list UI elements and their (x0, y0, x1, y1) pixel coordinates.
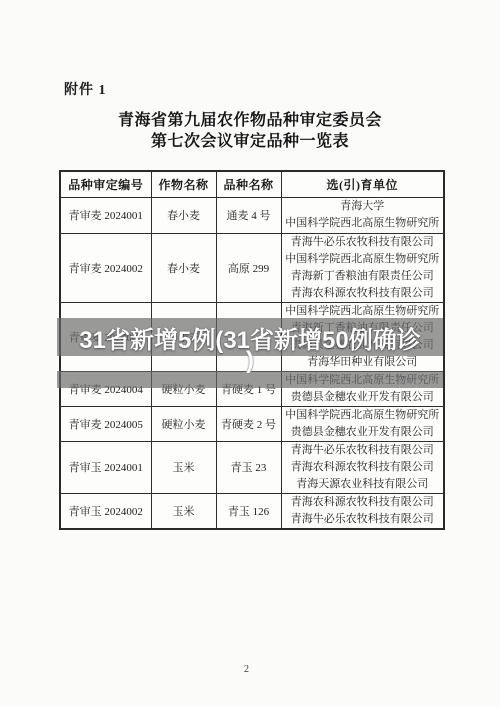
number-cell: 青审玉 2024002 (60, 493, 151, 529)
number-cell: 青审麦 2024003 (60, 302, 151, 371)
breeding-unit: 中国科学院西北高原生物研究所 (284, 303, 442, 320)
variety-cell: 高原 299 (216, 233, 281, 302)
document-title-line1: 青海省第九届农作物品种审定委员会 (0, 110, 500, 131)
table-row: 青审麦 2024002春小麦高原 299青海牛必乐农牧科技有限公司中国科学院西北… (60, 233, 444, 302)
variety-cell: 青硬麦 2 号 (216, 406, 281, 441)
breeding-unit: 贵德县金穗农业开发有限公司 (284, 337, 442, 354)
column-header-2: 品种名称 (216, 171, 281, 197)
breeding-unit: 青海大学 (284, 198, 442, 215)
number-cell: 青审玉 2024001 (60, 441, 151, 493)
breeding-units-cell: 中国科学院西北高原生物研究所贵德县金穗农业开发有限公司 (281, 406, 444, 441)
breeding-unit: 青海牛必乐农牧科技有限公司 (284, 511, 442, 528)
scanned-document-page: 附件 1 青海省第九届农作物品种审定委员会 第七次会议审定品种一览表 品种审定编… (0, 0, 500, 706)
number-cell: 青审麦 2024002 (60, 233, 151, 302)
variety-cell (216, 302, 281, 371)
breeding-units-cell: 中国科学院西北高原生物研究所贵德县金穗农业开发有限公司 (281, 371, 444, 406)
breeding-units-cell: 青海牛必乐农牧科技有限公司青海农科源农牧科技有限公司青海天源农业科技有限公司 (281, 441, 444, 493)
variety-cell: 青玉 23 (216, 441, 281, 493)
crop-cell: 春小麦 (151, 233, 216, 302)
breeding-unit: 青海牛必乐农牧科技有限公司 (284, 234, 442, 251)
variety-cell: 青玉 126 (216, 493, 281, 529)
variety-cell: 青硬麦 1 号 (216, 371, 281, 406)
table-row: 青审麦 2024003春小麦中国科学院西北高原生物研究所青海新丁香粮油有限责任公… (60, 302, 444, 371)
table-body: 青审麦 2024001春小麦通麦 4 号青海大学中国科学院西北高原生物研究所青审… (60, 197, 444, 529)
breeding-unit: 青海天源农业科技有限公司 (284, 476, 442, 493)
breeding-unit: 青海华田种业有限公司 (284, 354, 442, 371)
breeding-unit: 青海牛必乐农牧科技有限公司 (284, 442, 442, 459)
breeding-units-cell: 中国科学院西北高原生物研究所青海新丁香粮油有限责任公司贵德县金穗农业开发有限公司… (281, 302, 444, 371)
breeding-unit: 中国科学院西北高原生物研究所 (284, 215, 442, 232)
variety-cell: 通麦 4 号 (216, 197, 281, 233)
column-header-0: 品种审定编号 (60, 171, 151, 197)
breeding-unit: 贵德县金穗农业开发有限公司 (284, 389, 442, 406)
number-cell: 青审麦 2024001 (60, 197, 151, 233)
crop-cell: 玉米 (151, 441, 216, 493)
breeding-unit: 贵德县金穗农业开发有限公司 (284, 424, 442, 441)
breeding-unit: 中国科学院西北高原生物研究所 (284, 407, 442, 424)
table-row: 青审麦 2024004硬粒小麦青硬麦 1 号中国科学院西北高原生物研究所贵德县金… (60, 371, 444, 406)
breeding-unit: 中国科学院西北高原生物研究所 (284, 372, 442, 389)
crop-cell: 玉米 (151, 493, 216, 529)
document-title-line2: 第七次会议审定品种一览表 (0, 131, 500, 152)
crop-cell: 硬粒小麦 (151, 371, 216, 406)
page-number: 2 (244, 664, 249, 675)
column-header-3: 选(引)育单位 (281, 171, 444, 197)
breeding-unit: 青海农科源农牧科技有限公司 (284, 459, 442, 476)
table-header-row: 品种审定编号作物名称品种名称选(引)育单位 (60, 171, 444, 197)
breeding-unit: 中国科学院西北高原生物研究所 (284, 251, 442, 268)
variety-approval-table: 品种审定编号作物名称品种名称选(引)育单位 青审麦 2024001春小麦通麦 4… (59, 170, 445, 530)
number-cell: 青审麦 2024004 (60, 371, 151, 406)
table-row: 青审玉 2024001玉米青玉 23青海牛必乐农牧科技有限公司青海农科源农牧科技… (60, 441, 444, 493)
attachment-label: 附件 1 (64, 79, 107, 99)
table-row: 青审麦 2024005硬粒小麦青硬麦 2 号中国科学院西北高原生物研究所贵德县金… (60, 406, 444, 441)
document-title: 青海省第九届农作物品种审定委员会 第七次会议审定品种一览表 (0, 110, 500, 152)
table-row: 青审玉 2024002玉米青玉 126青海农科源农牧科技有限公司青海牛必乐农牧科… (60, 493, 444, 529)
breeding-unit: 青海新丁香粮油有限责任公司 (284, 268, 442, 285)
breeding-units-cell: 青海大学中国科学院西北高原生物研究所 (281, 197, 444, 233)
crop-cell: 春小麦 (151, 197, 216, 233)
table-row: 青审麦 2024001春小麦通麦 4 号青海大学中国科学院西北高原生物研究所 (60, 197, 444, 233)
breeding-unit: 青海新丁香粮油有限责任公司 (284, 320, 442, 337)
crop-cell: 硬粒小麦 (151, 406, 216, 441)
number-cell: 青审麦 2024005 (60, 406, 151, 441)
breeding-units-cell: 青海农科源农牧科技有限公司青海牛必乐农牧科技有限公司 (281, 493, 444, 529)
breeding-units-cell: 青海牛必乐农牧科技有限公司中国科学院西北高原生物研究所青海新丁香粮油有限责任公司… (281, 233, 444, 302)
crop-cell: 春小麦 (151, 302, 216, 371)
column-header-1: 作物名称 (151, 171, 216, 197)
breeding-unit: 青海农科源农牧科技有限公司 (284, 285, 442, 302)
breeding-unit: 青海农科源农牧科技有限公司 (284, 494, 442, 511)
